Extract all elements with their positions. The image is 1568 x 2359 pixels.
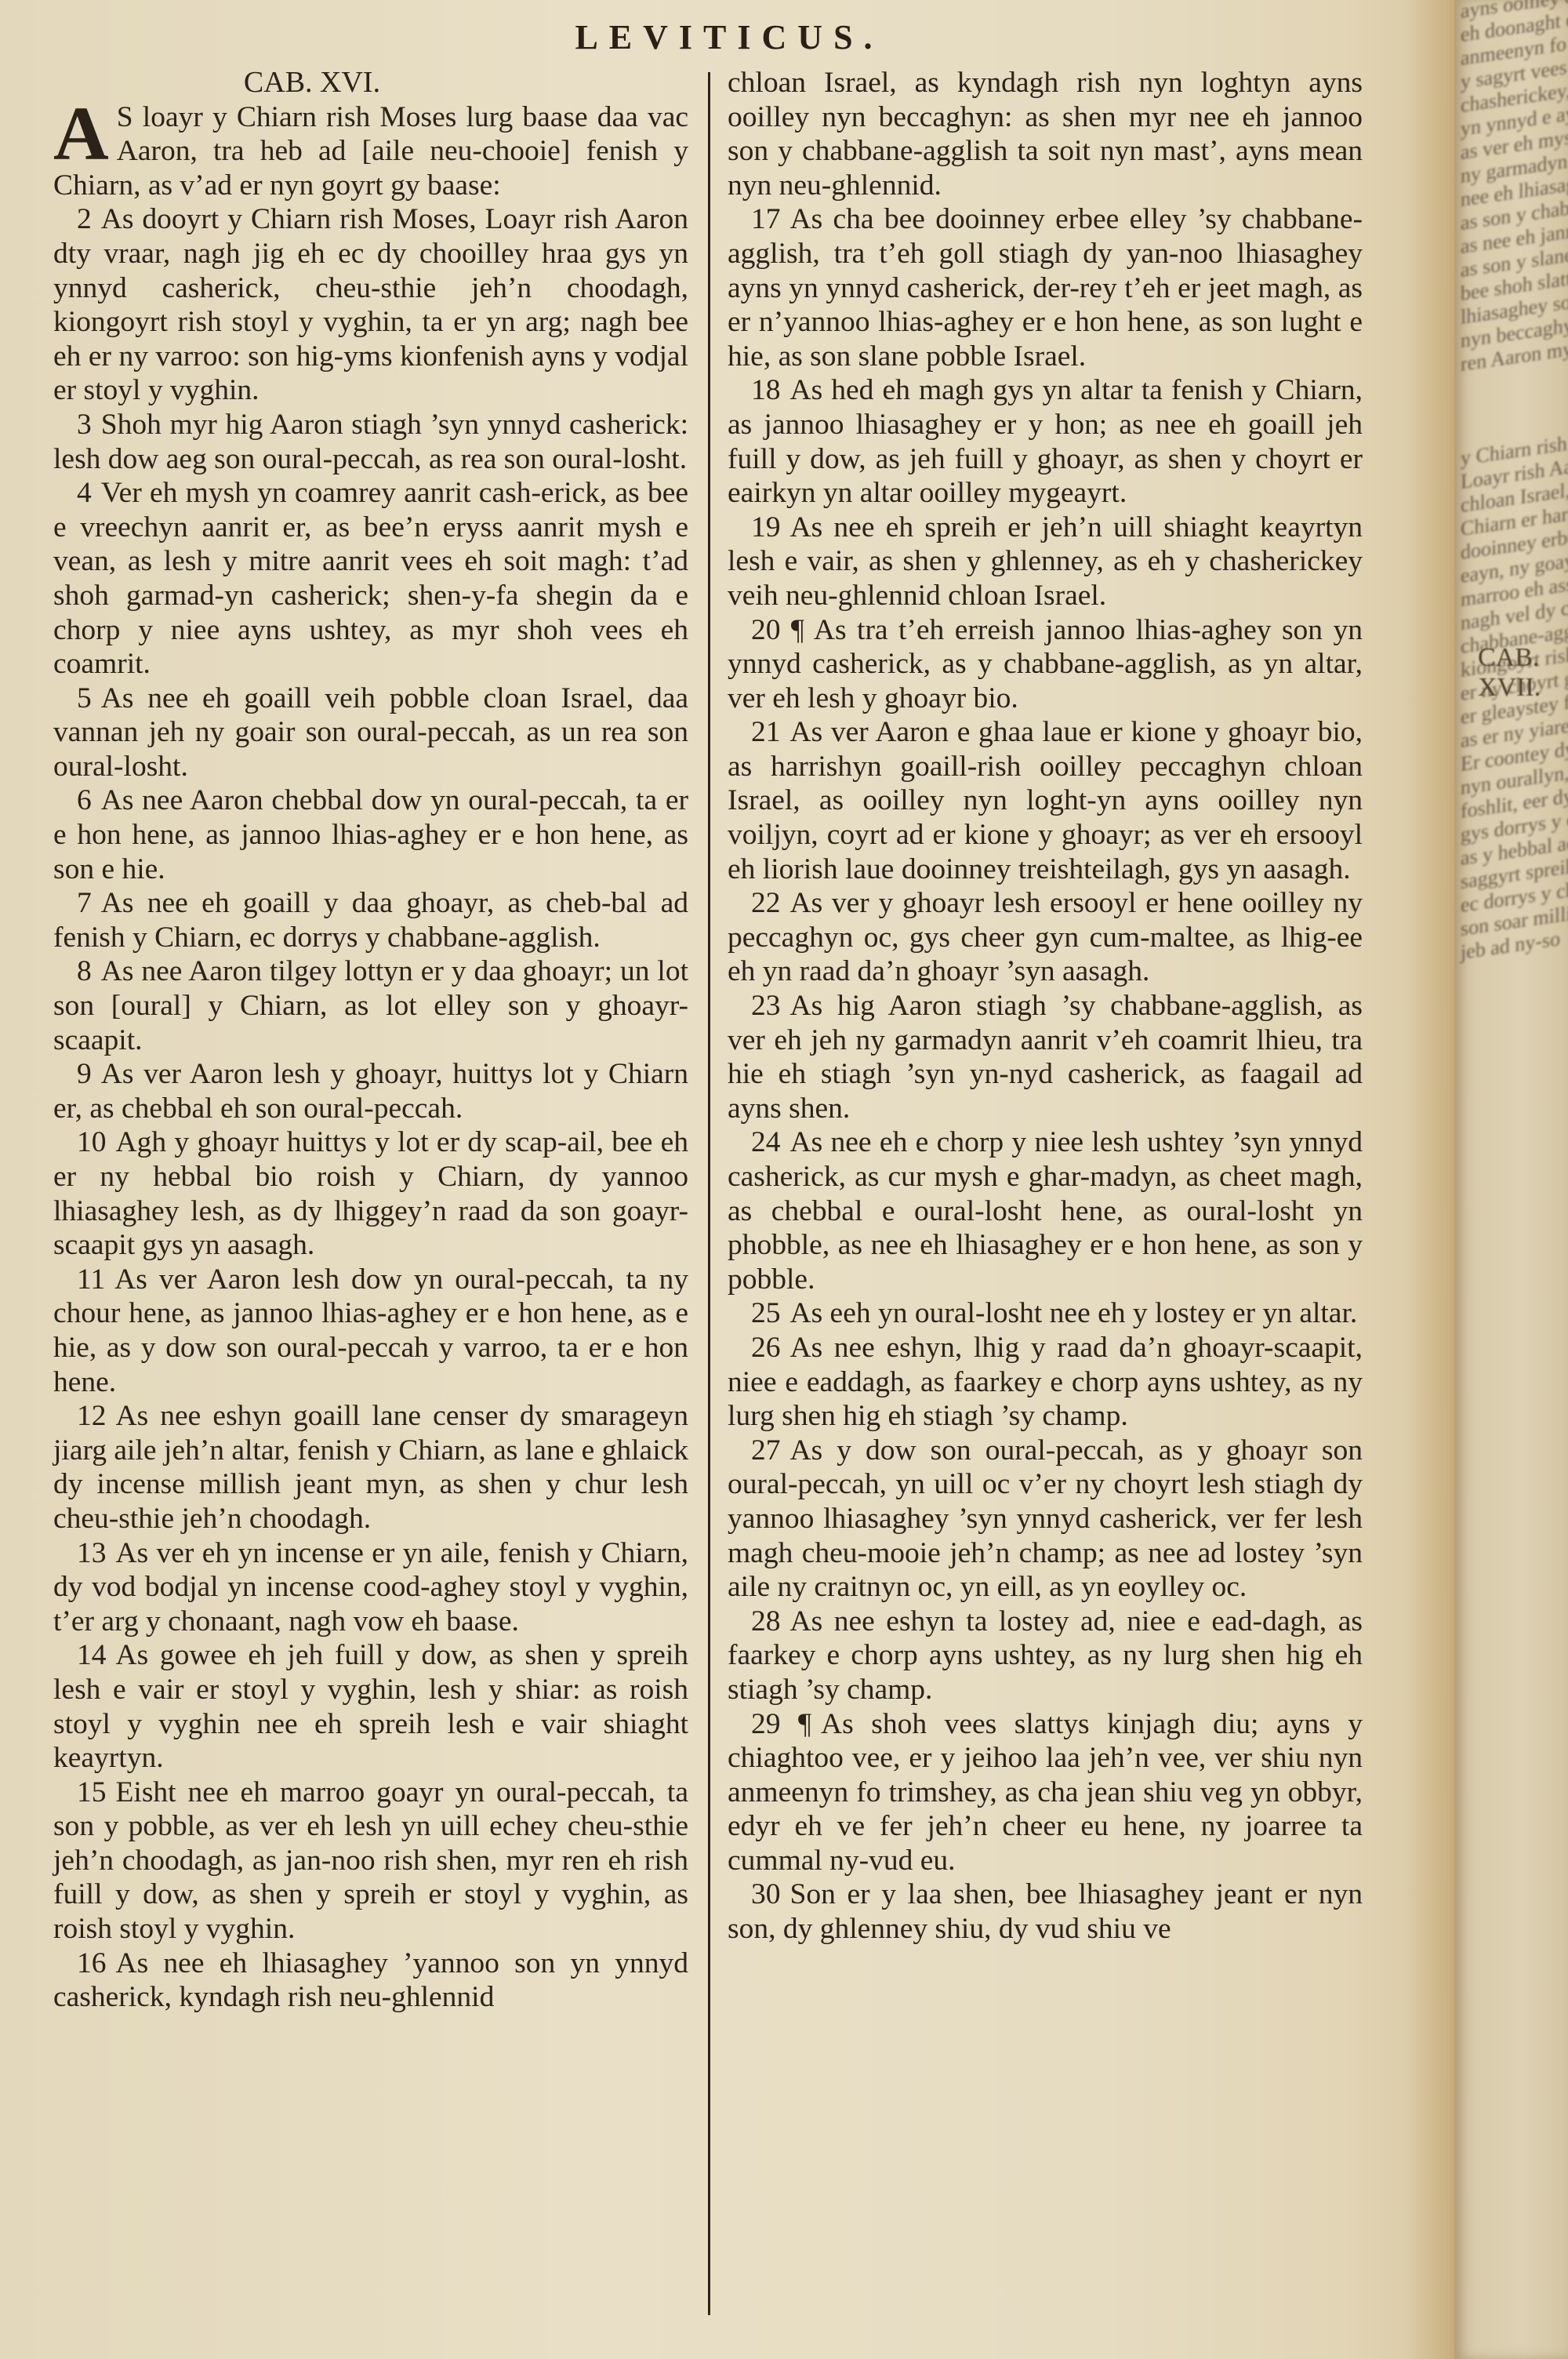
- verse-text: As tra t’eh erreish jannoo lhias-aghey s…: [728, 614, 1363, 714]
- verse: 16As nee eh lhiasaghey ’yannoo son yn yn…: [53, 1946, 688, 2015]
- verse-number: 19: [751, 511, 781, 543]
- verse-text: As nee eshyn goaill lane censer dy smara…: [53, 1400, 688, 1535]
- verse-number: 9: [77, 1058, 92, 1090]
- verse-text: Shoh myr hig Aaron stiagh ’syn ynnyd cas…: [53, 409, 688, 475]
- verse: 12As nee eshyn goaill lane censer dy sma…: [53, 1399, 688, 1536]
- verse-text: S loayr y Chiarn rish Moses lurg baase d…: [53, 101, 688, 202]
- verse: 26As nee eshyn, lhig y raad da’n ghoayr-…: [728, 1331, 1363, 1434]
- verse: 10Agh y ghoayr huittys y lot er dy scap-…: [53, 1125, 688, 1262]
- verse-number: 27: [751, 1434, 781, 1467]
- verse-text: As shoh vees slattys kinjagh diu; ayns y…: [728, 1708, 1363, 1877]
- facing-chapter-heading: CAB. XVII.: [1478, 643, 1568, 703]
- running-header: LEVITICUS.: [0, 17, 1458, 57]
- verse-number: 2: [77, 203, 92, 235]
- verse-number: 22: [751, 887, 781, 919]
- verse-text: As nee eh goaill veih pobble cloan Israe…: [53, 682, 688, 783]
- verse: 20 ¶As tra t’eh erreish jannoo lhias-agh…: [728, 613, 1363, 716]
- verse-number: 30: [751, 1878, 781, 1910]
- verse-number: 20 ¶: [751, 614, 804, 646]
- verse-text: As dooyrt y Chiarn rish Moses, Loayr ris…: [53, 203, 688, 406]
- verse-text: As ver y ghoayr lesh ersooyl er hene ooi…: [728, 887, 1363, 987]
- verse: 28As nee eshyn ta lostey ad, niee e ead-…: [728, 1605, 1363, 1707]
- verse: 14As gowee eh jeh fuill y dow, as shen y…: [53, 1638, 688, 1775]
- verse-text: As nee eh goaill y daa ghoayr, as cheb-b…: [53, 887, 688, 954]
- verse-text: As eeh yn oural-losht nee eh y lostey er…: [790, 1297, 1358, 1329]
- verse-number: 10: [77, 1126, 107, 1158]
- verse-text: As nee Aaron tilgey lottyn er y daa ghoa…: [53, 955, 688, 1056]
- verse-number: 7: [77, 887, 92, 919]
- verse: 15Eisht nee eh marroo goayr yn oural-pec…: [53, 1776, 688, 1946]
- verse-number: 23: [751, 990, 781, 1022]
- verse-number: 26: [751, 1332, 781, 1364]
- verse-text: Eisht nee eh marroo goayr yn oural-pecca…: [53, 1776, 688, 1945]
- verse: 17As cha bee dooinney erbee elley ’sy ch…: [728, 202, 1363, 373]
- verse-number: 18: [751, 374, 781, 406]
- verse-number: 21: [751, 716, 781, 748]
- verse: 5As nee eh goaill veih pobble cloan Isra…: [53, 682, 688, 784]
- verse-text: As nee Aaron chebbal dow yn oural-peccah…: [53, 784, 688, 885]
- verse-text: As ver eh yn incense er yn aile, fenish …: [53, 1537, 688, 1637]
- verse: 25As eeh yn oural-losht nee eh y lostey …: [728, 1296, 1363, 1331]
- verse: 3Shoh myr hig Aaron stiagh ’syn ynnyd ca…: [53, 408, 688, 476]
- verse: 23As hig Aaron stiagh ’sy chabbane-aggli…: [728, 989, 1363, 1125]
- chapter-heading: CAB. XVI.: [53, 66, 688, 100]
- left-column: CAB. XVI. AS loayr y Chiarn rish Moses l…: [53, 66, 688, 2015]
- verse-number: 13: [77, 1537, 107, 1569]
- verse-text: Son er y laa shen, bee lhiasaghey jeant …: [728, 1878, 1363, 1945]
- verse-text: As y dow son oural-peccah, as y ghoayr s…: [728, 1434, 1363, 1603]
- verse: 6As nee Aaron chebbal dow yn oural-pecca…: [53, 783, 688, 886]
- verse-text: As gowee eh jeh fuill y dow, as shen y s…: [53, 1639, 688, 1774]
- verse-text: As nee eh spreih er jeh’n uill shiaght k…: [728, 511, 1363, 612]
- verse-number: 24: [751, 1126, 781, 1158]
- verse: 2As dooyrt y Chiarn rish Moses, Loayr ri…: [53, 202, 688, 408]
- verse-text: As ver Aaron lesh dow yn oural-peccah, t…: [53, 1263, 688, 1398]
- verse: 22As ver y ghoayr lesh ersooyl er hene o…: [728, 886, 1363, 989]
- right-column: chloan Israel, as kyndagh rish nyn loght…: [728, 66, 1363, 1946]
- verse: 13As ver eh yn incense er yn aile, fenis…: [53, 1536, 688, 1639]
- verse-number: 6: [77, 784, 92, 816]
- verse-text: chloan Israel, as kyndagh rish nyn loght…: [728, 67, 1363, 202]
- verse: 4Ver eh mysh yn coamrey aanrit cash-eric…: [53, 476, 688, 682]
- verse: 29 ¶As shoh vees slattys kinjagh diu; ay…: [728, 1707, 1363, 1878]
- verse: 7As nee eh goaill y daa ghoayr, as cheb-…: [53, 886, 688, 954]
- verse-text: As cha bee dooinney erbee elley ’sy chab…: [728, 203, 1363, 372]
- verse-number: 12: [77, 1400, 107, 1432]
- facing-page-curl: ayns ooilley dy aasheh doonaght dy aasha…: [1454, 0, 1568, 2359]
- column-divider: [708, 72, 710, 2315]
- verse: 11As ver Aaron lesh dow yn oural-peccah,…: [53, 1263, 688, 1399]
- verse: 18As hed eh magh gys yn altar ta fenish …: [728, 373, 1363, 510]
- verse-1: AS loayr y Chiarn rish Moses lurg baase …: [53, 100, 688, 203]
- verse: 24As nee eh e chorp y niee lesh ushtey ’…: [728, 1125, 1363, 1296]
- verse-text: As ver Aaron e ghaa laue er kione y ghoa…: [728, 716, 1363, 885]
- facing-page-text: ayns ooilley dy aasheh doonaght dy aasha…: [1461, 0, 1568, 965]
- verse-text: As nee eshyn, lhig y raad da’n ghoayr-sc…: [728, 1332, 1363, 1432]
- verse-text: As ver Aaron lesh y ghoayr, huittys lot …: [53, 1058, 688, 1125]
- verse-continuation: chloan Israel, as kyndagh rish nyn loght…: [728, 66, 1363, 202]
- verse-text: As nee eshyn ta lostey ad, niee e ead-da…: [728, 1605, 1363, 1706]
- verse-number: 17: [751, 203, 781, 235]
- verse-number: 4: [77, 477, 92, 509]
- verse: 30Son er y laa shen, bee lhiasaghey jean…: [728, 1877, 1363, 1946]
- verse-number: 28: [751, 1605, 781, 1637]
- verse-number: 15: [77, 1776, 107, 1808]
- verse: 8As nee Aaron tilgey lottyn er y daa gho…: [53, 954, 688, 1057]
- verse-number: 29 ¶: [751, 1708, 811, 1740]
- verse-text: Agh y ghoayr huittys y lot er dy scap-ai…: [53, 1126, 688, 1261]
- verse-text: As hed eh magh gys yn altar ta fenish y …: [728, 374, 1363, 509]
- verse: 27As y dow son oural-peccah, as y ghoayr…: [728, 1434, 1363, 1605]
- verse-text: As nee eh lhiasaghey ’yannoo son yn ynny…: [53, 1947, 688, 2014]
- verse-text: As hig Aaron stiagh ’sy chabbane-agglish…: [728, 990, 1363, 1125]
- verse-number: 3: [77, 409, 92, 441]
- verse-number: 8: [77, 955, 92, 987]
- drop-cap: A: [53, 104, 109, 165]
- verse: 9As ver Aaron lesh y ghoayr, huittys lot…: [53, 1057, 688, 1125]
- verse-number: 25: [751, 1297, 781, 1329]
- verse-number: 16: [77, 1947, 107, 1979]
- verse-number: 5: [77, 682, 92, 714]
- verse-number: 11: [77, 1263, 105, 1296]
- verse-number: 14: [77, 1639, 107, 1671]
- verse: 19As nee eh spreih er jeh’n uill shiaght…: [728, 511, 1363, 613]
- verse-text: Ver eh mysh yn coamrey aanrit cash-erick…: [53, 477, 688, 680]
- verse-text: As nee eh e chorp y niee lesh ushtey ’sy…: [728, 1126, 1363, 1295]
- verse: 21As ver Aaron e ghaa laue er kione y gh…: [728, 715, 1363, 886]
